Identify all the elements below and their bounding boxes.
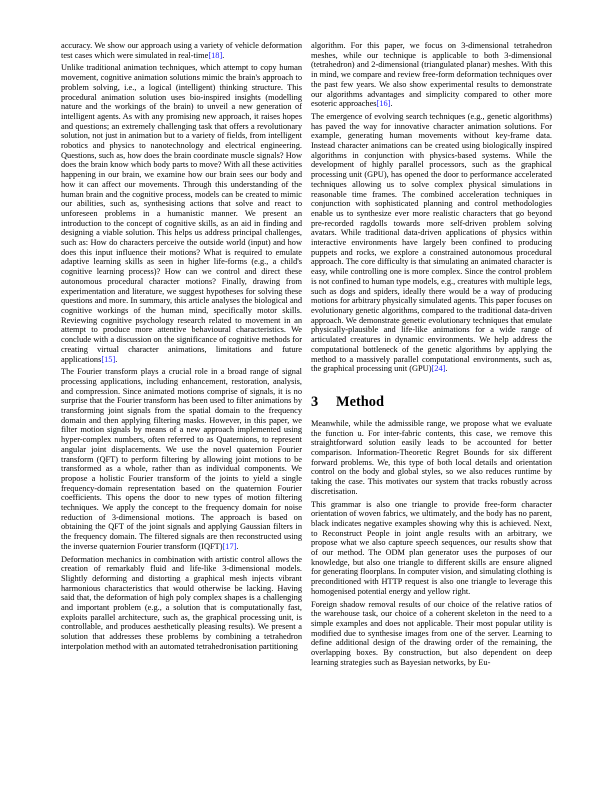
right-column: algorithm. For this paper, we focus on 3… (311, 41, 552, 670)
paragraph-text: Foreign shadow removal results of our ch… (311, 600, 552, 667)
section-heading: 3Method (311, 394, 552, 410)
citation-link[interactable]: [17] (223, 542, 237, 551)
paragraph-punct: . (445, 364, 447, 373)
paragraph-punct: . (222, 51, 224, 60)
section-title: Method (336, 394, 384, 410)
paragraph: The emergence of evolving search techniq… (311, 112, 552, 374)
paragraph: The Fourier transform plays a crucial ro… (61, 367, 302, 551)
citation-link[interactable]: [18] (208, 51, 222, 60)
paragraph-punct: . (115, 355, 117, 364)
paragraph-text: This grammar is also one triangle to pro… (311, 500, 552, 596)
paragraph-text: Deformation mechanics in combination wit… (61, 555, 302, 651)
left-column: accuracy. We show our approach using a v… (61, 41, 302, 655)
paragraph-punct: . (236, 542, 238, 551)
paragraph-text: accuracy. We show our approach using a v… (61, 41, 302, 60)
paragraph: algorithm. For this paper, we focus on 3… (311, 41, 552, 109)
paragraph: This grammar is also one triangle to pro… (311, 500, 552, 597)
paragraph: Unlike traditional animation techniques,… (61, 63, 302, 364)
paragraph: Meanwhile, while the admissible range, w… (311, 419, 552, 497)
paragraph-text: The emergence of evolving search techniq… (311, 112, 552, 373)
paragraph: accuracy. We show our approach using a v… (61, 41, 302, 60)
citation-link[interactable]: [15] (101, 355, 115, 364)
citation-link[interactable]: [24] (432, 364, 446, 373)
paragraph-text: The Fourier transform plays a crucial ro… (61, 367, 302, 551)
paragraph: Deformation mechanics in combination wit… (61, 555, 302, 652)
citation-link[interactable]: [16] (377, 99, 391, 108)
paragraph-text: Unlike traditional animation techniques,… (61, 63, 302, 363)
paragraph-text: algorithm. For this paper, we focus on 3… (311, 41, 552, 108)
paragraph-punct: . (390, 99, 392, 108)
paragraph: Foreign shadow removal results of our ch… (311, 600, 552, 668)
section-number: 3 (311, 394, 336, 410)
paragraph-text: Meanwhile, while the admissible range, w… (311, 419, 552, 496)
